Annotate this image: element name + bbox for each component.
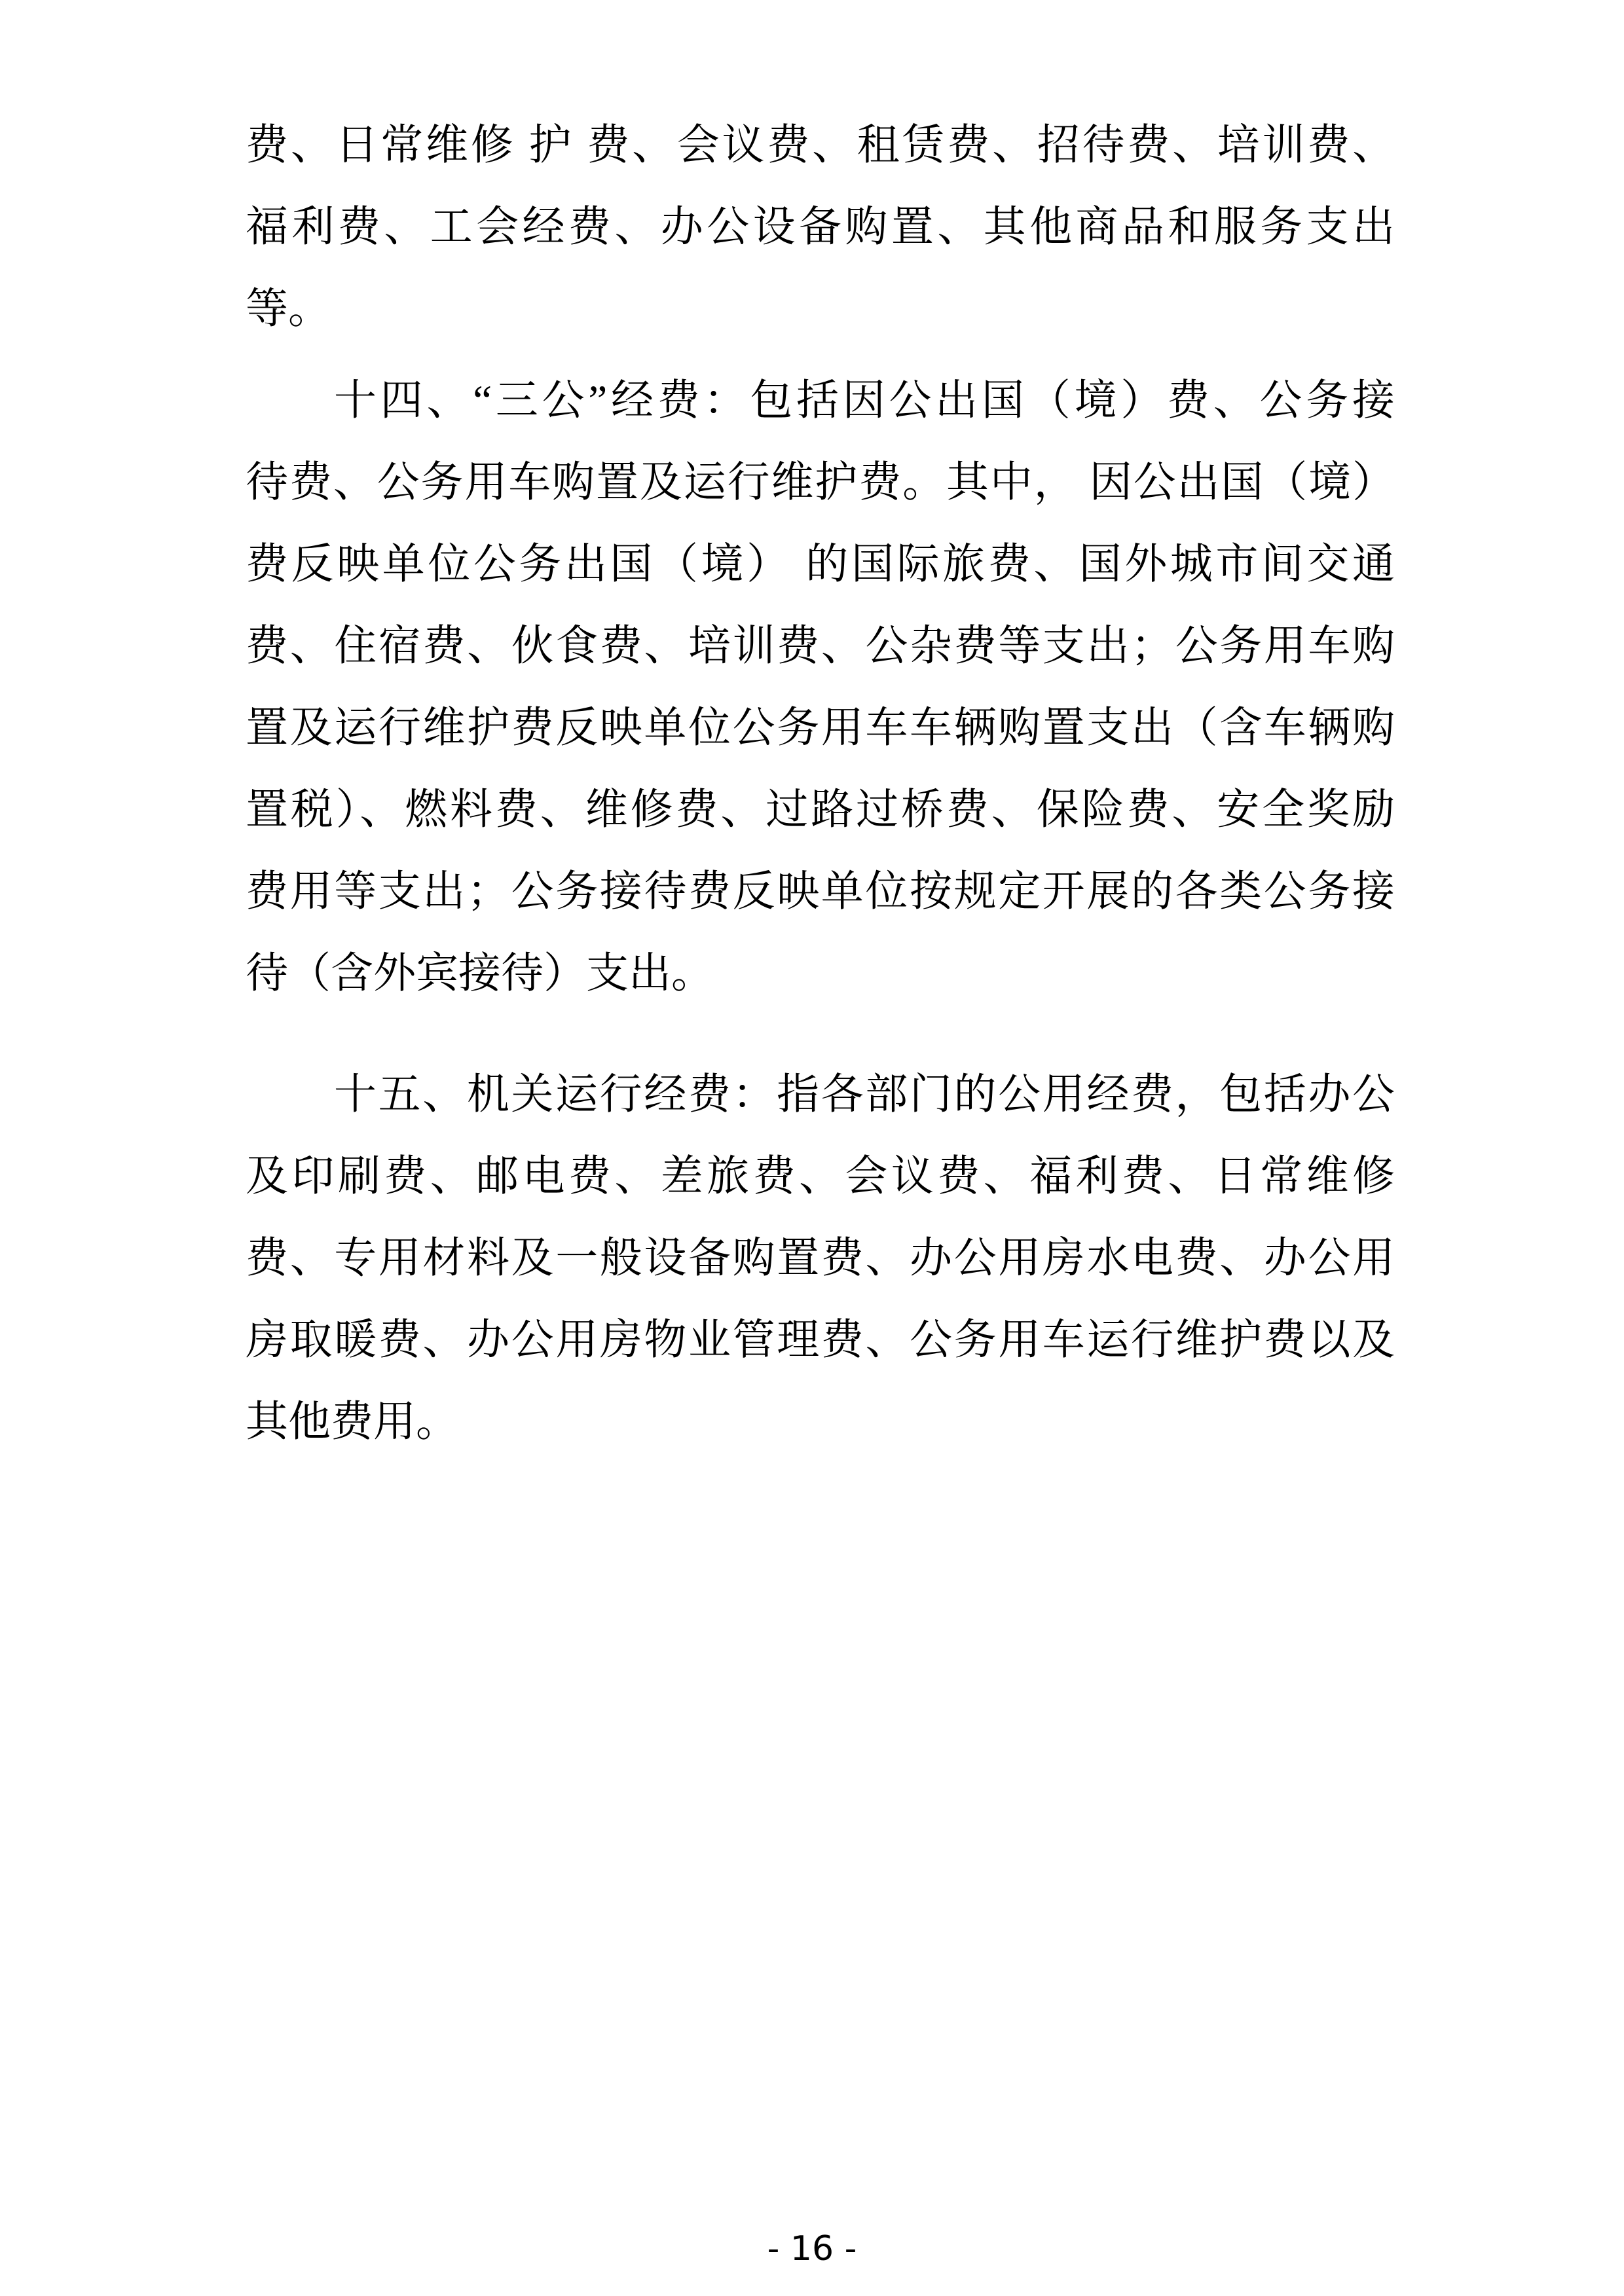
text-line: 待（含外宾接待）支出。	[246, 933, 1395, 1015]
para-continuation: 费、日常维修 护 费、会议费、租赁费、招待费、培训费、福利费、工会经费、办公设备…	[246, 105, 1395, 350]
para-14: 十四、“三公”经费：包括因公出国（境）费、公务接待费、公务用车购置及运行维护费。…	[246, 360, 1395, 1015]
text-line: 待费、公务用车购置及运行维护费。其中， 因公出国（境）	[246, 442, 1395, 524]
text-line: 置税）、燃料费、维修费、过路过桥费、保险费、安全奖励	[246, 769, 1395, 851]
document-page: 费、日常维修 护 费、会议费、租赁费、招待费、培训费、福利费、工会经费、办公设备…	[0, 0, 1624, 2296]
text-line: 费用等支出；公务接待费反映单位按规定开展的各类公务接	[246, 851, 1395, 933]
text-line: 房取暖费、办公用房物业管理费、公务用车运行维护费以及	[246, 1300, 1395, 1381]
document-text-block: 费、日常维修 护 费、会议费、租赁费、招待费、培训费、福利费、工会经费、办公设备…	[246, 105, 1395, 1463]
text-line: 费、专用材料及一般设备购置费、办公用房水电费、办公用	[246, 1218, 1395, 1300]
text-line: 及印刷费、邮电费、差旅费、会议费、福利费、日常维修	[246, 1136, 1395, 1218]
page-number: - 16 -	[0, 2229, 1624, 2269]
text-line: 等。	[246, 268, 1395, 350]
text-line: 其他费用。	[246, 1381, 1395, 1463]
text-line: 十五、机关运行经费：指各部门的公用经费，包括办公	[246, 1054, 1395, 1136]
text-line: 费、日常维修 护 费、会议费、租赁费、招待费、培训费、	[246, 105, 1395, 187]
text-line: 十四、“三公”经费：包括因公出国（境）费、公务接	[246, 360, 1395, 442]
text-line: 费、住宿费、伙食费、培训费、公杂费等支出；公务用车购	[246, 606, 1395, 687]
text-line: 费反映单位公务出国（境） 的国际旅费、国外城市间交通	[246, 524, 1395, 606]
text-line: 置及运行维护费反映单位公务用车车辆购置支出（含车辆购	[246, 687, 1395, 769]
para-15: 十五、机关运行经费：指各部门的公用经费，包括办公及印刷费、邮电费、差旅费、会议费…	[246, 1054, 1395, 1463]
text-line: 福利费、工会经费、办公设备购置、其他商品和服务支出	[246, 187, 1395, 268]
